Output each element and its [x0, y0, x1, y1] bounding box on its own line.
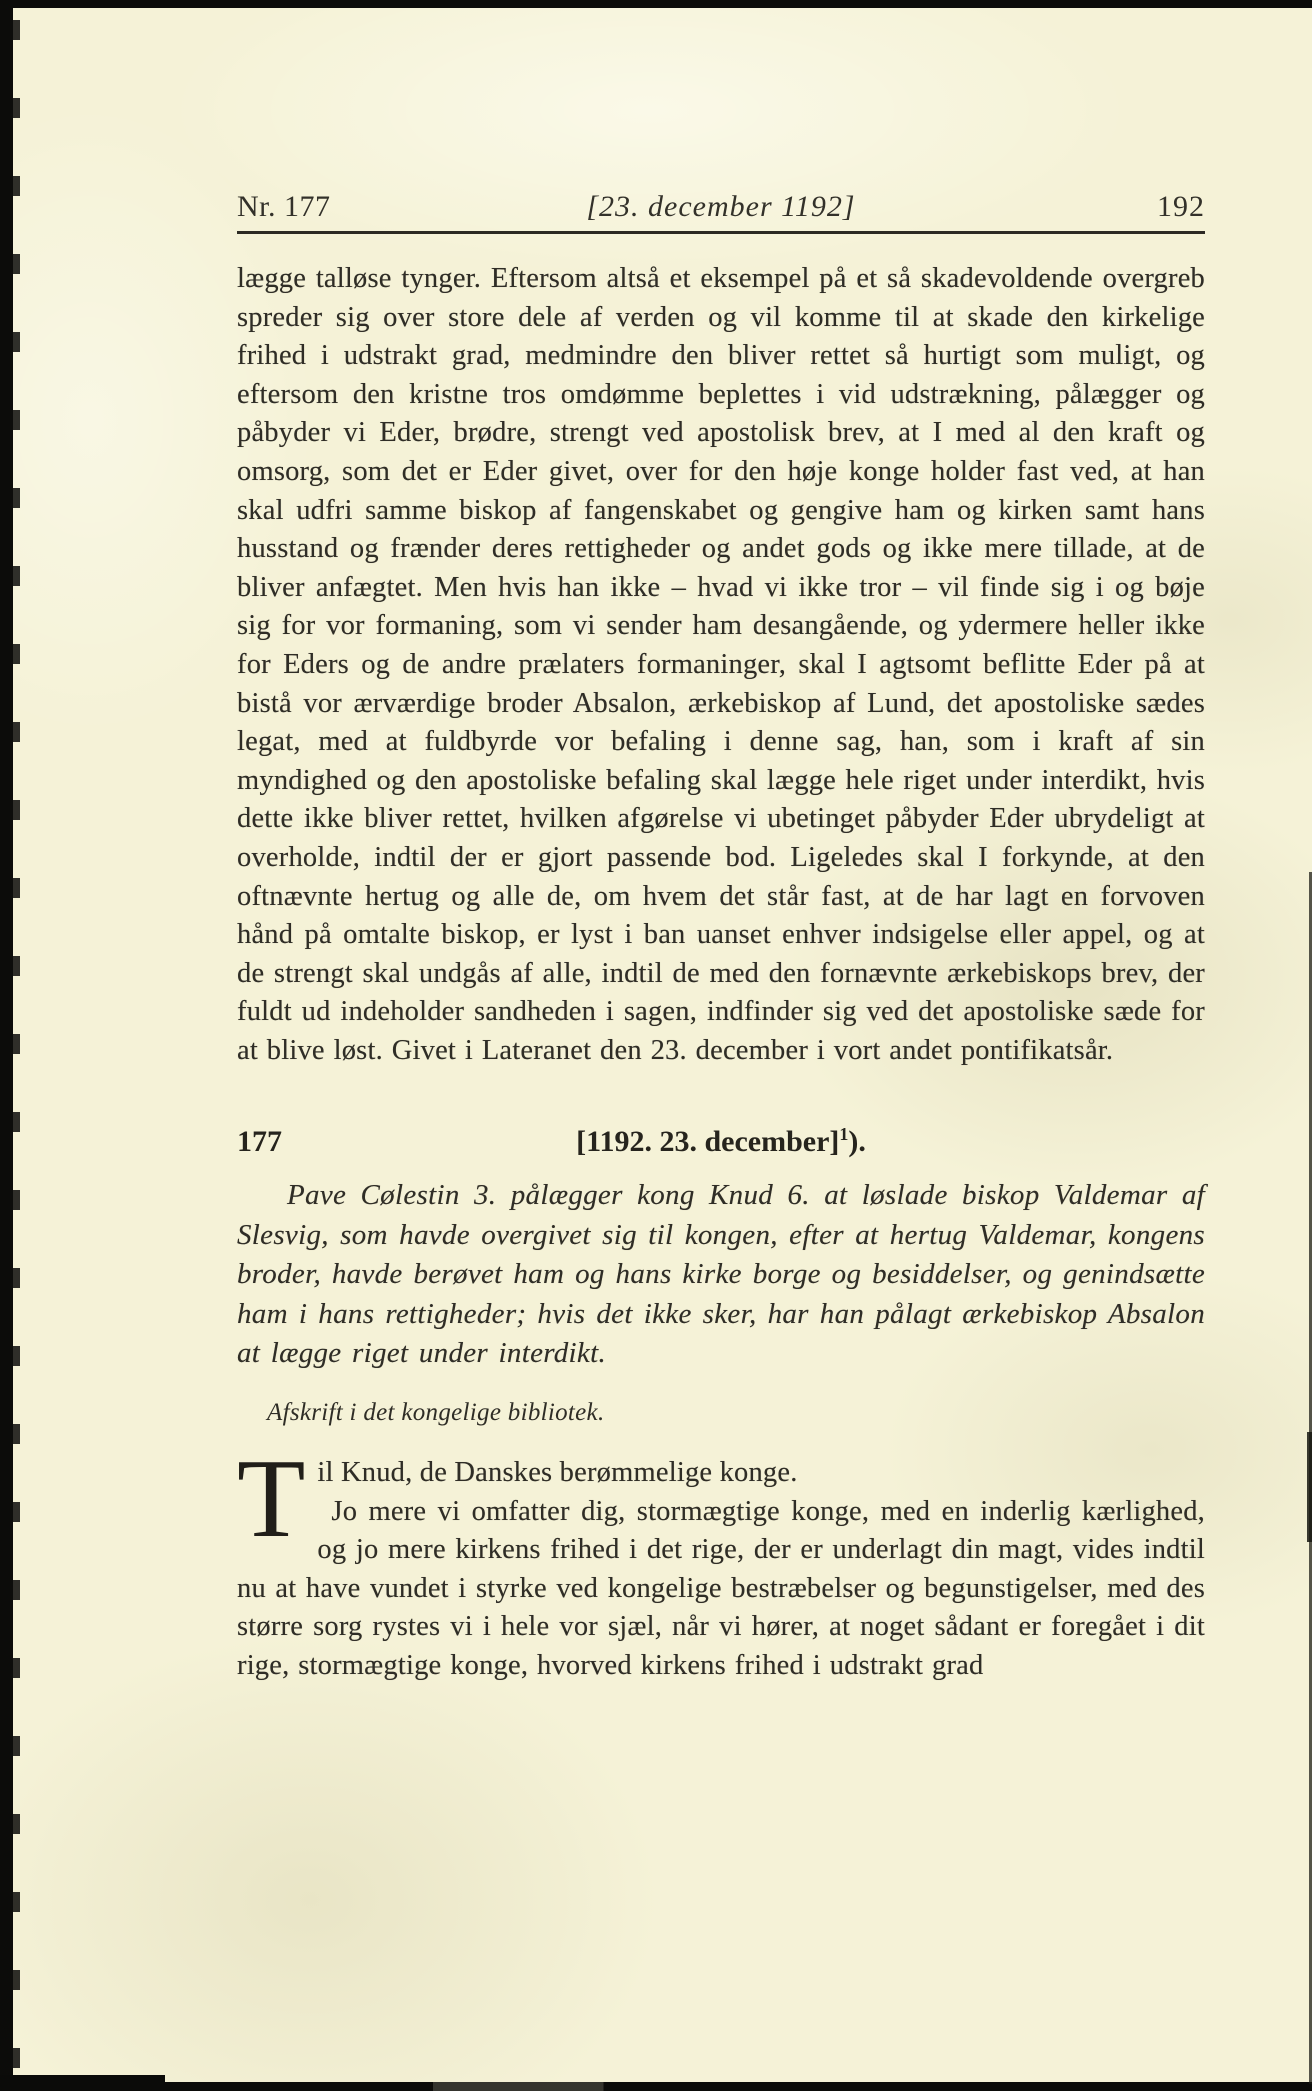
- letter-opening: T il Knud, de Danskes berømmelige konge.…: [237, 1454, 1205, 1686]
- header-doc-number: Nr. 177: [237, 190, 331, 224]
- scan-edge-left: [0, 0, 13, 2091]
- continuation-paragraph: lægge talløse tynger. Eftersom altså et …: [237, 260, 1205, 1070]
- letter-body: Jo mere vi omfatter dig, stormægtige kon…: [237, 1493, 1205, 1686]
- document-date-heading: [1192. 23. december]1).: [576, 1124, 866, 1160]
- header-date: [23. december 1192]: [586, 190, 855, 224]
- scan-edge-top: [0, 0, 1312, 8]
- document-summary: Pave Cølestin 3. pålægger kong Knud 6. a…: [237, 1176, 1205, 1374]
- drop-cap: T: [237, 1460, 305, 1538]
- letter-salutation: il Knud, de Danskes berømmelige konge.: [237, 1454, 1205, 1493]
- document-number: 177: [237, 1124, 282, 1160]
- source-note: Afskrift i det kongelige bibliotek.: [267, 1398, 1205, 1428]
- running-header: Nr. 177 [23. december 1192] 192: [237, 190, 1205, 224]
- header-rule: [237, 231, 1205, 234]
- page-content: Nr. 177 [23. december 1192] 192 lægge ta…: [237, 190, 1205, 1686]
- document-heading: 177 [1192. 23. december]1).: [237, 1124, 1205, 1160]
- scanned-book-page: Nr. 177 [23. december 1192] 192 lægge ta…: [0, 0, 1312, 2091]
- document-date-text: [1192. 23. december]: [576, 1125, 839, 1158]
- scan-edge-bottom: [0, 2082, 1312, 2091]
- header-page-number: 192: [1157, 190, 1205, 224]
- footnote-suffix: ).: [848, 1125, 866, 1158]
